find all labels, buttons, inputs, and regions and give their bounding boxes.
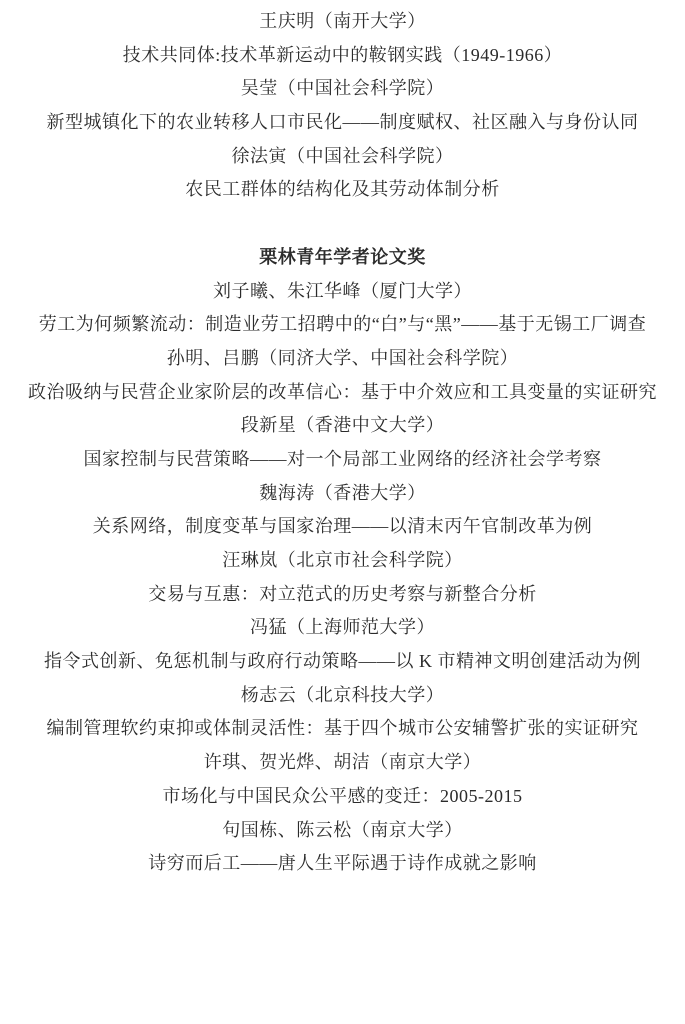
entry-title: 新型城镇化下的农业转移人口市民化——制度赋权、社区融入与身份认同: [0, 106, 685, 140]
entry-authors: 杨志云（北京科技大学）: [0, 679, 685, 713]
entry-title: 农民工群体的结构化及其劳动体制分析: [0, 173, 685, 207]
award-section-heading: 栗林青年学者论文奖: [0, 241, 685, 275]
entry-title: 政治吸纳与民营企业家阶层的改革信心：基于中介效应和工具变量的实证研究: [0, 376, 685, 410]
entry-authors: 孙明、吕鹏（同济大学、中国社会科学院）: [0, 342, 685, 376]
entry-authors: 吴莹（中国社会科学院）: [0, 72, 685, 106]
entry-authors: 魏海涛（香港大学）: [0, 477, 685, 511]
entry-title: 编制管理软约束抑或体制灵活性：基于四个城市公安辅警扩张的实证研究: [0, 712, 685, 746]
entry-title: 指令式创新、免惩机制与政府行动策略——以 K 市精神文明创建活动为例: [0, 645, 685, 679]
entry-authors: 许琪、贺光烨、胡洁（南京大学）: [0, 746, 685, 780]
entry-authors: 王庆明（南开大学）: [0, 5, 685, 39]
entry-title: 国家控制与民营策略——对一个局部工业网络的经济社会学考察: [0, 443, 685, 477]
entry-title: 市场化与中国民众公平感的变迁：2005-2015: [0, 780, 685, 814]
entry-authors: 句国栋、陈云松（南京大学）: [0, 814, 685, 848]
entry-authors: 徐法寅（中国社会科学院）: [0, 140, 685, 174]
entry-authors: 段新星（香港中文大学）: [0, 409, 685, 443]
entry-title: 技术共同体:技术革新运动中的鞍钢实践（1949-1966）: [0, 39, 685, 73]
entry-authors: 刘子曦、朱江华峰（厦门大学）: [0, 275, 685, 309]
entry-title: 关系网络，制度变革与国家治理——以清末丙午官制改革为例: [0, 510, 685, 544]
entry-title: 劳工为何频繁流动：制造业劳工招聘中的“白”与“黑”——基于无锡工厂调查: [0, 308, 685, 342]
section-gap: [0, 207, 685, 241]
entry-title: 交易与互惠：对立范式的历史考察与新整合分析: [0, 578, 685, 612]
entry-authors: 汪琳岚（北京市社会科学院）: [0, 544, 685, 578]
entry-title: 诗穷而后工——唐人生平际遇于诗作成就之影响: [0, 847, 685, 881]
award-section-continued: 王庆明（南开大学） 技术共同体:技术革新运动中的鞍钢实践（1949-1966） …: [0, 5, 685, 207]
entry-authors: 冯猛（上海师范大学）: [0, 611, 685, 645]
award-section-lilin: 栗林青年学者论文奖 刘子曦、朱江华峰（厦门大学） 劳工为何频繁流动：制造业劳工招…: [0, 241, 685, 881]
document-page: 王庆明（南开大学） 技术共同体:技术革新运动中的鞍钢实践（1949-1966） …: [0, 0, 685, 1024]
